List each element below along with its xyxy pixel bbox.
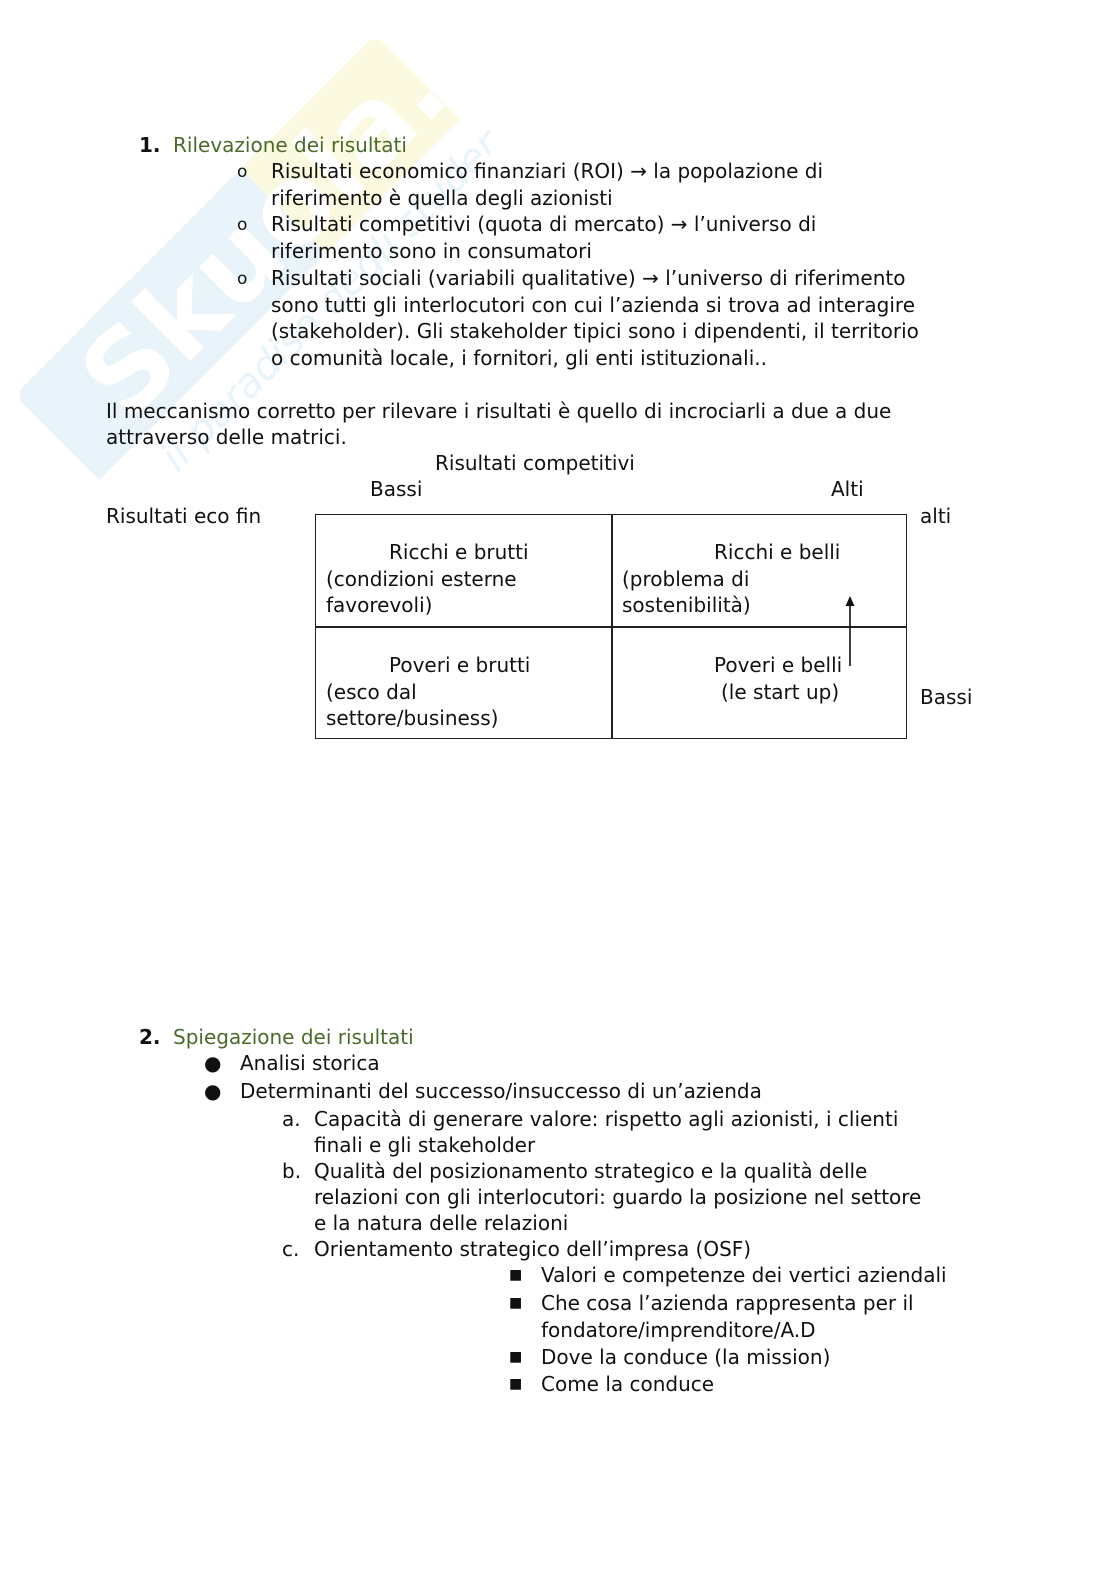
- list-marker: b.: [282, 1158, 301, 1185]
- cell-text: settore/business): [326, 705, 498, 732]
- list-item-text: Risultati competitivi (quota di mercato)…: [271, 211, 816, 238]
- list-item-text: riferimento sono in consumatori: [271, 238, 592, 265]
- list-item-text: Valori e competenze dei vertici aziendal…: [541, 1262, 947, 1289]
- paragraph-line: Il meccanismo corretto per rilevare i ri…: [106, 398, 891, 425]
- results-matrix: Ricchi e brutti (condizioni esterne favo…: [315, 514, 907, 739]
- list-item-text: (stakeholder). Gli stakeholder tipici so…: [271, 318, 919, 345]
- bullet-dot-icon: ●: [204, 1050, 221, 1077]
- bullet-marker: o: [237, 266, 247, 293]
- list-item-text: sono tutti gli interlocutori con cui l’a…: [271, 292, 915, 319]
- arrow-up-icon: [840, 596, 860, 668]
- list-item-text: Capacità di generare valore: rispetto ag…: [314, 1106, 898, 1133]
- section2-title: Spiegazione dei risultati: [173, 1024, 414, 1051]
- list-item-text: Analisi storica: [240, 1050, 380, 1077]
- list-item-text: finali e gli stakeholder: [314, 1132, 535, 1159]
- cell-text: (condizioni esterne: [326, 566, 517, 593]
- matrix-row-low-label: Bassi: [920, 684, 972, 711]
- list-item-text: Dove la conduce (la mission): [541, 1344, 830, 1371]
- section1-number: 1.: [139, 132, 161, 159]
- bullet-square-icon: ■: [509, 1262, 522, 1289]
- paragraph-line: attraverso delle matrici.: [106, 424, 347, 451]
- list-item-text: o comunità locale, i fornitori, gli enti…: [271, 345, 767, 372]
- cell-title: Poveri e brutti: [389, 652, 530, 679]
- bullet-marker: o: [237, 212, 247, 239]
- cell-title: Ricchi e brutti: [389, 539, 529, 566]
- list-marker: a.: [282, 1106, 301, 1133]
- bullet-square-icon: ■: [509, 1290, 522, 1317]
- list-item-text: fondatore/imprenditore/A.D: [541, 1317, 816, 1344]
- list-item-text: Orientamento strategico dell’impresa (OS…: [314, 1236, 751, 1263]
- matrix-row-high-label: alti: [920, 503, 951, 530]
- matrix-col-low-label: Bassi: [370, 476, 422, 503]
- matrix-col-axis-title: Risultati competitivi: [435, 450, 635, 477]
- matrix-row-axis-title: Risultati eco fin: [106, 503, 261, 530]
- bullet-marker: o: [237, 159, 247, 186]
- list-item-text: Che cosa l’azienda rappresenta per il: [541, 1290, 914, 1317]
- list-item-text: riferimento è quella degli azionisti: [271, 185, 613, 212]
- cell-title: Poveri e belli: [714, 652, 842, 679]
- list-marker: c.: [282, 1236, 299, 1263]
- bullet-square-icon: ■: [509, 1371, 522, 1398]
- section1-title: Rilevazione dei risultati: [173, 132, 407, 159]
- list-item-text: Risultati economico finanziari (ROI) → l…: [271, 158, 823, 185]
- list-item-text: Qualità del posizionamento strategico e …: [314, 1158, 867, 1185]
- list-item-text: e la natura delle relazioni: [314, 1210, 568, 1237]
- cell-title: Ricchi e belli: [714, 539, 840, 566]
- list-item-text: relazioni con gli interlocutori: guardo …: [314, 1184, 921, 1211]
- bullet-dot-icon: ●: [204, 1078, 221, 1105]
- cell-text: (esco dal: [326, 679, 417, 706]
- section2-number: 2.: [139, 1024, 161, 1051]
- cell-text: (problema di: [622, 566, 749, 593]
- cell-text: favorevoli): [326, 592, 432, 619]
- list-item-text: Come la conduce: [541, 1371, 714, 1398]
- list-item-text: Risultati sociali (variabili qualitative…: [271, 265, 905, 292]
- bullet-square-icon: ■: [509, 1344, 522, 1371]
- matrix-col-high-label: Alti: [831, 476, 864, 503]
- cell-text: sostenibilità): [622, 592, 751, 619]
- list-item-text: Determinanti del successo/insuccesso di …: [240, 1078, 762, 1105]
- cell-text: (le start up): [721, 679, 839, 706]
- matrix-divider-horizontal: [316, 626, 906, 628]
